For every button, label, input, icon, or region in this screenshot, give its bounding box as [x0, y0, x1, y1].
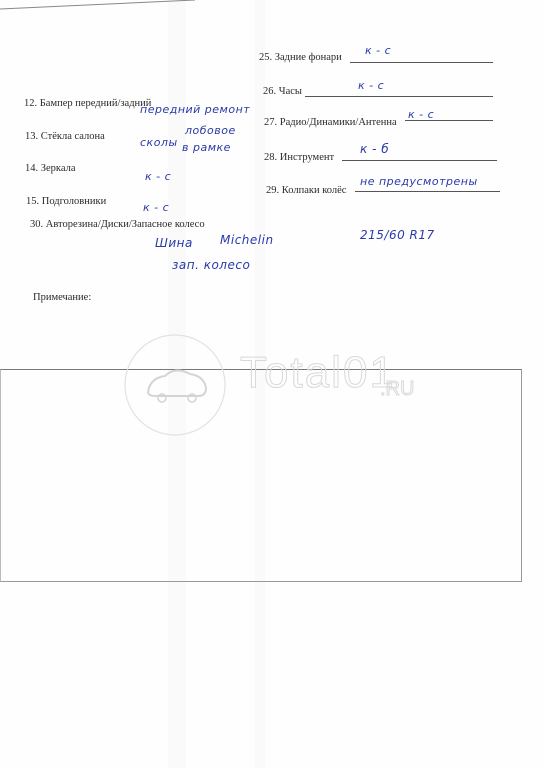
- handwritten-value: к - с: [358, 79, 384, 92]
- field-label: 12. Бампер передний/задний: [24, 98, 151, 109]
- scan-edge-line: [0, 0, 200, 12]
- field-label: 27. Радио/Динамики/Антенна: [264, 117, 397, 128]
- handwritten-value: зап. колесо: [172, 258, 250, 272]
- note-label: Примечание:: [33, 292, 91, 303]
- handwritten-value: Michelin: [220, 233, 274, 247]
- field-underline: [305, 96, 493, 97]
- field-label: 29. Колпаки колёс: [266, 185, 346, 196]
- handwritten-value: к - с: [145, 170, 171, 183]
- field-label: 15. Подголовники: [26, 196, 106, 207]
- field-label: 13. Стёкла салона: [25, 131, 105, 142]
- handwritten-value: Шина: [155, 236, 193, 250]
- field-underline: [350, 62, 493, 63]
- handwritten-value: сколы: [140, 136, 178, 149]
- handwritten-value: 215/60 R17: [360, 228, 435, 242]
- note-box: [0, 369, 522, 582]
- field-underline: [342, 160, 497, 161]
- handwritten-value: не предусмотрены: [360, 175, 478, 188]
- field-label: 25. Задние фонари: [259, 52, 342, 63]
- handwritten-value: в рамке: [182, 141, 231, 154]
- field-label: 14. Зеркала: [25, 163, 76, 174]
- field-underline: [355, 191, 500, 192]
- handwritten-value: к - с: [143, 201, 169, 214]
- field-label: 26. Часы: [263, 86, 302, 97]
- handwritten-value: к - с: [408, 108, 434, 121]
- handwritten-value: лобовое: [185, 124, 236, 137]
- field-label: 30. Авторезина/Диски/Запасное колесо: [30, 219, 205, 230]
- handwritten-value: к - б: [360, 142, 389, 156]
- handwritten-value: передний ремонт: [140, 103, 250, 116]
- field-label: 28. Инструмент: [264, 152, 334, 163]
- scanned-document-page: 25. Задние фонари к - с 26. Часы к - с 2…: [0, 0, 543, 768]
- handwritten-value: к - с: [365, 44, 391, 57]
